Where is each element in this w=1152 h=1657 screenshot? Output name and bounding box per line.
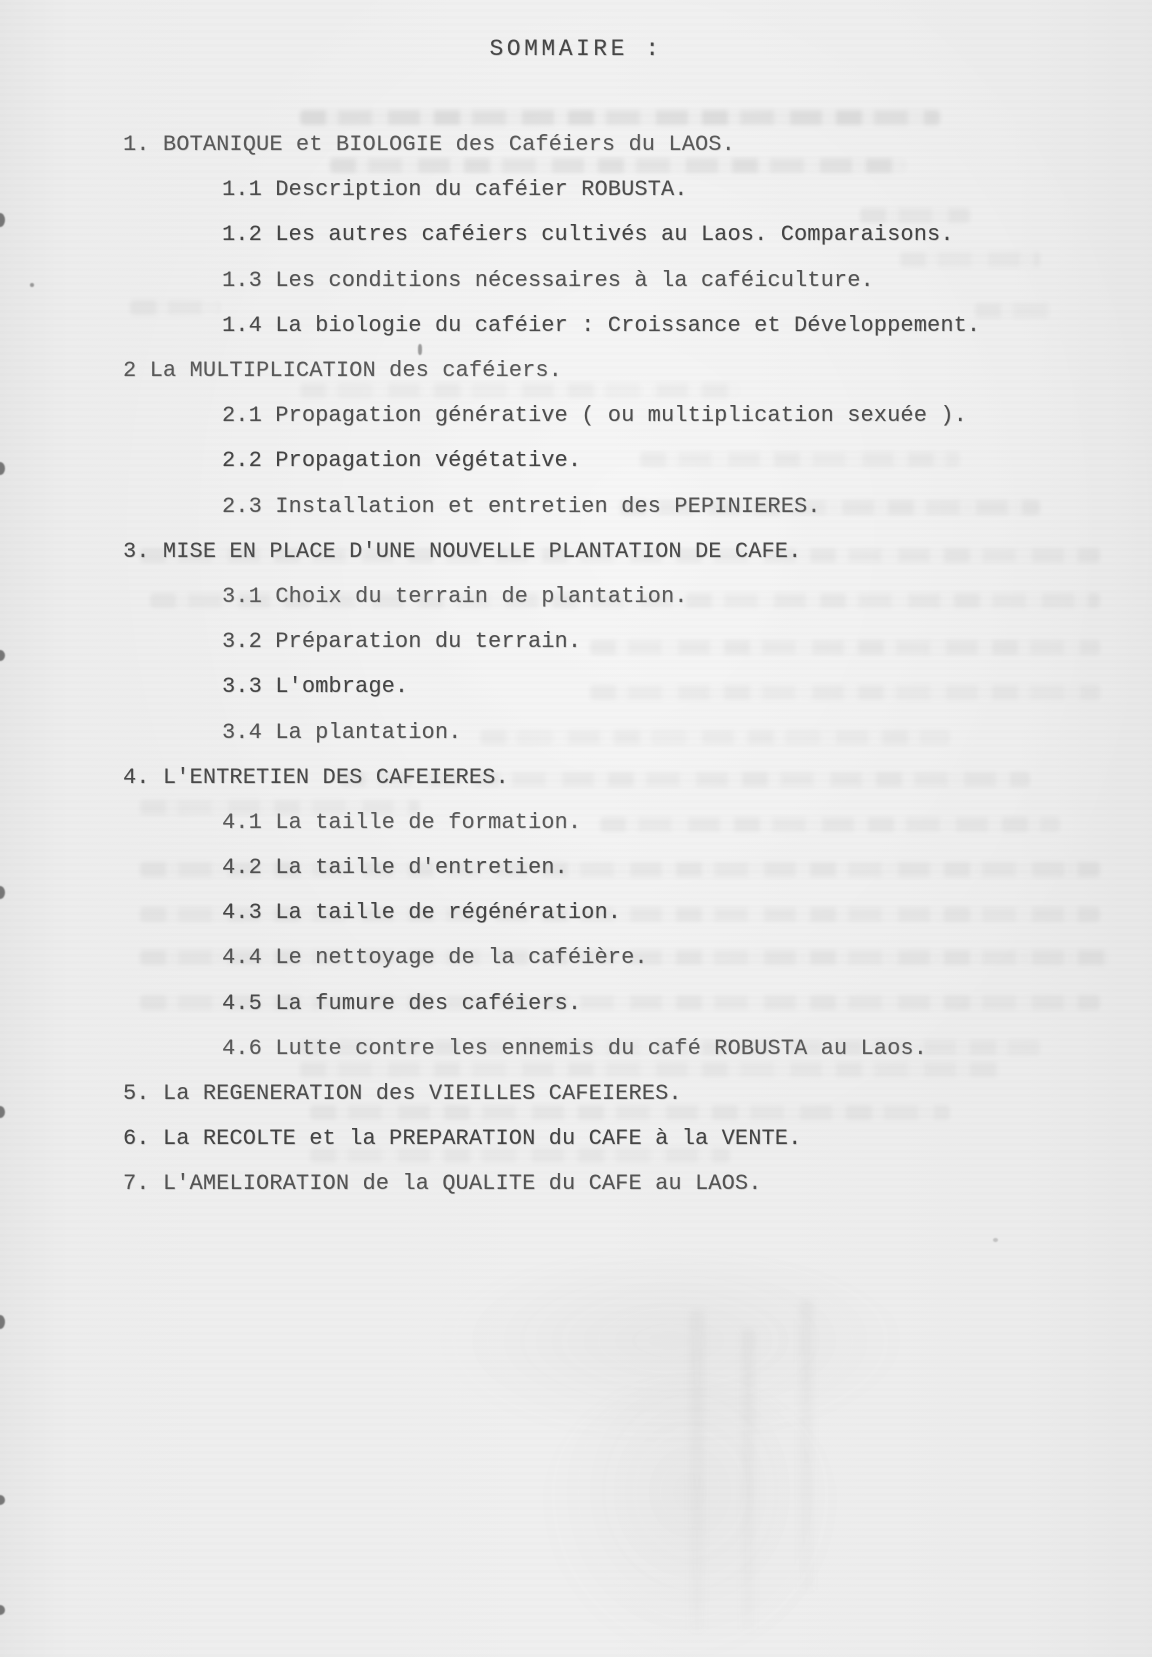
bleed-through-artifact xyxy=(620,500,1040,515)
bleed-through-artifact xyxy=(130,300,220,315)
toc-item-7: 2.1 Propagation générative ( ou multipli… xyxy=(0,393,1152,438)
bleed-through-artifact xyxy=(310,1105,950,1120)
bleed-through-streak xyxy=(800,1300,813,1590)
scan-edge-mark xyxy=(0,1495,5,1505)
toc-item-2: 1.1 Description du caféier ROBUSTA. xyxy=(0,167,1152,212)
bleed-through-artifact xyxy=(310,1148,730,1163)
bleed-through-artifact xyxy=(600,817,1060,832)
scanned-page: SOMMAIRE : 1. BOTANIQUE et BIOLOGIE des … xyxy=(0,0,1152,1657)
bleed-through-artifact xyxy=(330,158,905,173)
ink-speck xyxy=(418,344,422,355)
bleed-through-artifact xyxy=(140,862,1100,877)
bleed-through-artifact xyxy=(140,950,1110,965)
toc-item-3: 1.2 Les autres caféiers cultivés au Laos… xyxy=(0,212,1152,257)
bleed-through-artifact xyxy=(140,548,1100,563)
bleed-through-artifact xyxy=(860,208,970,223)
scan-edge-mark xyxy=(0,1605,5,1615)
ink-speck xyxy=(30,283,34,287)
bleed-through-streak xyxy=(690,1310,704,1630)
bleed-through-artifact xyxy=(975,303,1050,318)
bleed-through-artifact xyxy=(590,640,1100,655)
bleed-through-artifact xyxy=(140,995,1100,1010)
bleed-through-artifact xyxy=(140,907,1100,922)
scan-edge-mark xyxy=(0,1315,5,1329)
toc-item-8: 2.2 Propagation végétative. xyxy=(0,438,1152,483)
bleed-through-artifact xyxy=(300,383,740,398)
bleed-through-artifact xyxy=(300,110,940,125)
page-title: SOMMAIRE : xyxy=(0,36,1152,62)
bleed-through-streak xyxy=(742,1330,754,1630)
bleed-through-artifact xyxy=(640,452,960,467)
bleed-through-artifact xyxy=(300,1062,1000,1077)
bleed-through-artifact xyxy=(340,772,1030,787)
toc-item-24: 7. L'AMELIORATION de la QUALITE du CAFE … xyxy=(0,1161,1152,1206)
bleed-through-artifact xyxy=(900,252,1040,267)
bleed-through-artifact xyxy=(150,593,1100,608)
bleed-through-artifact xyxy=(480,730,950,745)
bleed-through-artifact xyxy=(590,685,1100,700)
bleed-through-artifact xyxy=(140,800,420,815)
ink-speck xyxy=(993,1238,998,1242)
bleed-through-artifact xyxy=(300,1040,1040,1055)
